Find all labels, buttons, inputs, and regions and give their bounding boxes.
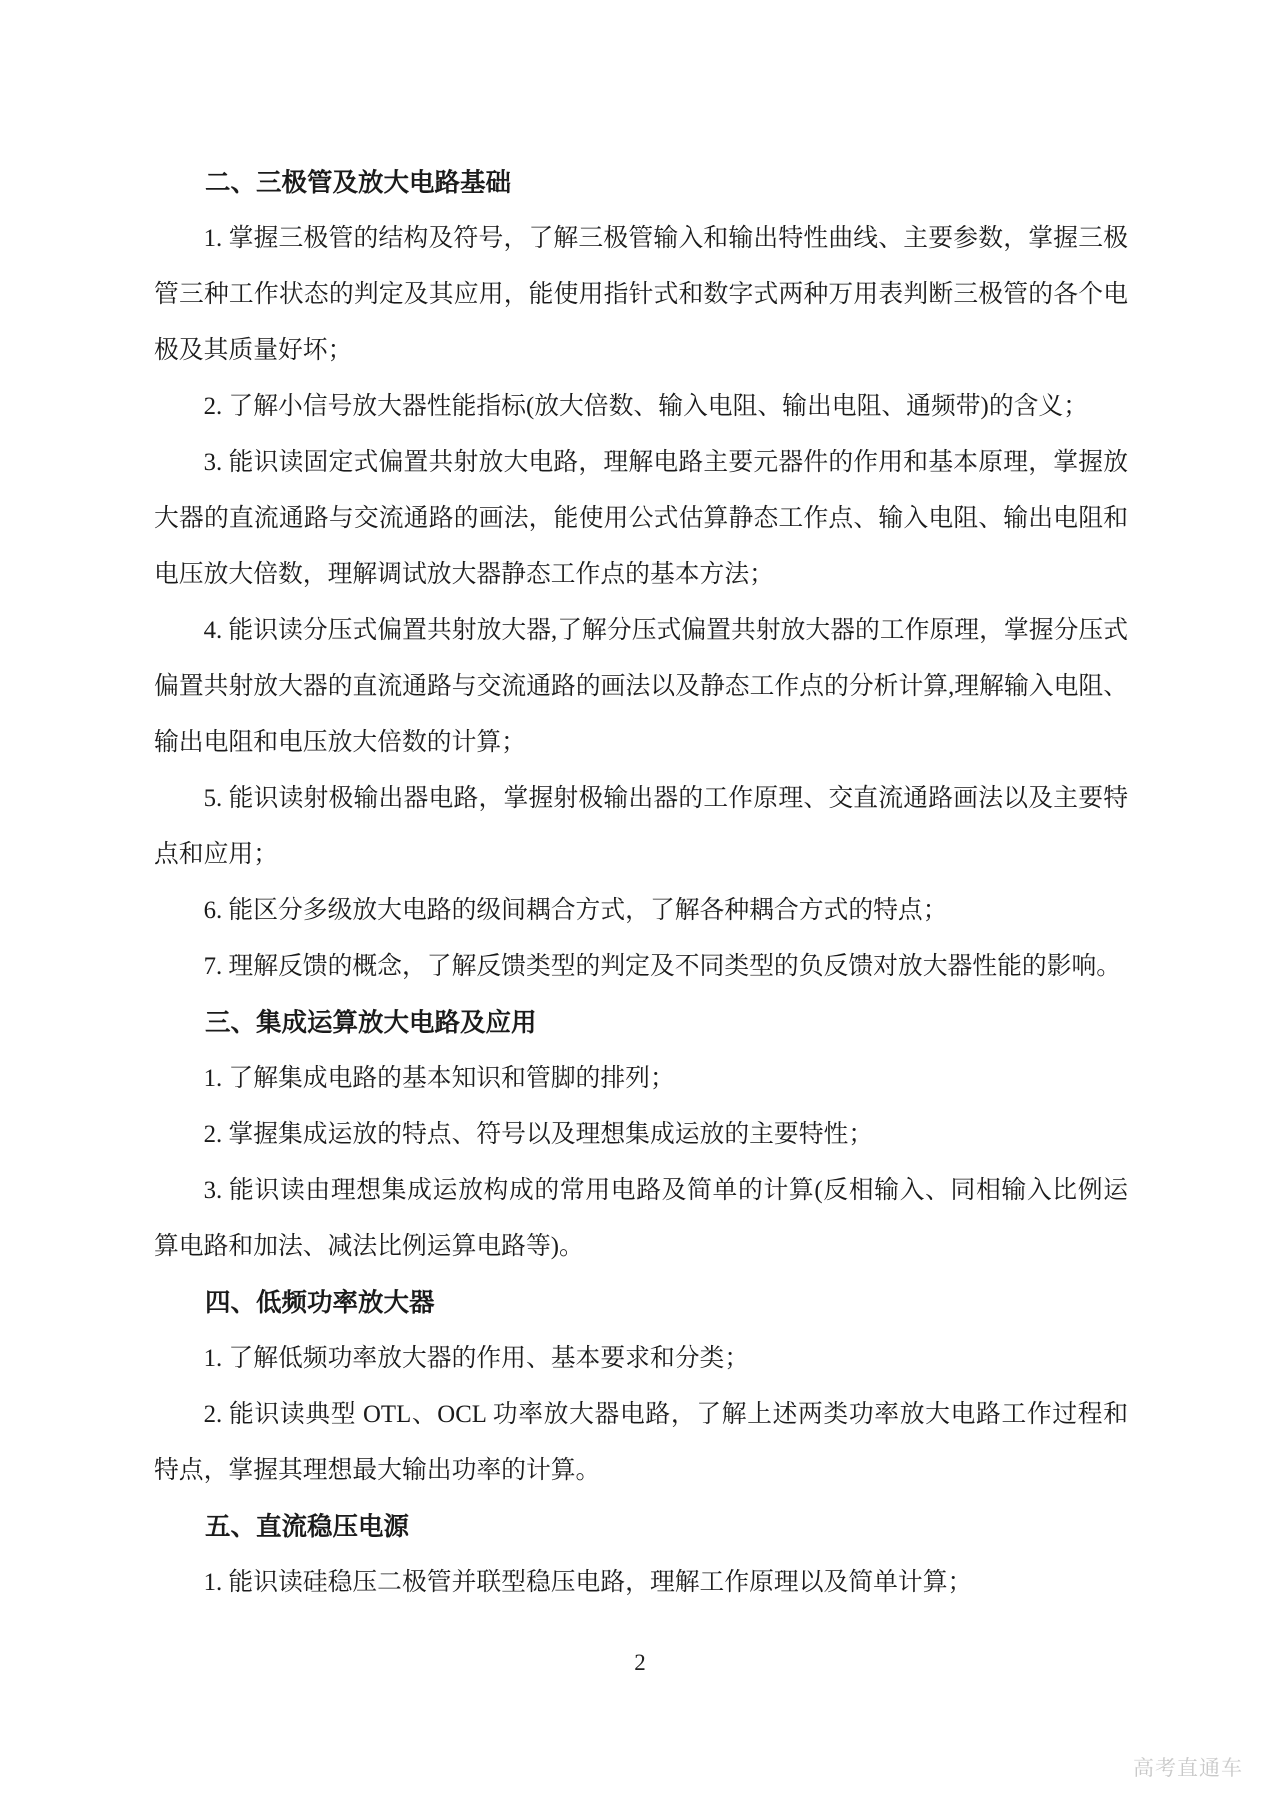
section-item: 1. 了解集成电路的基本知识和管脚的排列； [154, 1051, 1128, 1107]
section-item: 5. 能识读射极输出器电路，掌握射极输出器的工作原理、交直流通路画法以及主要特点… [154, 771, 1128, 883]
document-page: 二、三极管及放大电路基础1. 掌握三极管的结构及符号，了解三极管输入和输出特性曲… [0, 0, 1280, 1810]
section-item: 1. 能识读硅稳压二极管并联型稳压电路，理解工作原理以及简单计算； [154, 1555, 1128, 1611]
section-item: 2. 能识读典型 OTL、OCL 功率放大器电路，了解上述两类功率放大电路工作过… [154, 1387, 1128, 1499]
section-item: 3. 能识读由理想集成运放构成的常用电路及简单的计算(反相输入、同相输入比例运算… [154, 1163, 1128, 1275]
watermark-text: 高考直通车 [1133, 1752, 1243, 1782]
section-item: 1. 了解低频功率放大器的作用、基本要求和分类； [154, 1331, 1128, 1387]
section-item: 1. 掌握三极管的结构及符号，了解三极管输入和输出特性曲线、主要参数，掌握三极管… [154, 211, 1128, 379]
section-heading: 五、直流稳压电源 [154, 1499, 1128, 1555]
page-number: 2 [0, 1650, 1280, 1676]
section-heading: 二、三极管及放大电路基础 [154, 155, 1128, 211]
section-item: 2. 了解小信号放大器性能指标(放大倍数、输入电阻、输出电阻、通频带)的含义； [154, 379, 1128, 435]
section-item: 2. 掌握集成运放的特点、符号以及理想集成运放的主要特性； [154, 1107, 1128, 1163]
section-item: 6. 能区分多级放大电路的级间耦合方式，了解各种耦合方式的特点； [154, 883, 1128, 939]
section-heading: 四、低频功率放大器 [154, 1275, 1128, 1331]
document-body: 二、三极管及放大电路基础1. 掌握三极管的结构及符号，了解三极管输入和输出特性曲… [154, 155, 1128, 1611]
section-item: 7. 理解反馈的概念，了解反馈类型的判定及不同类型的负反馈对放大器性能的影响。 [154, 939, 1128, 995]
section-item: 3. 能识读固定式偏置共射放大电路，理解电路主要元器件的作用和基本原理，掌握放大… [154, 435, 1128, 603]
section-item: 4. 能识读分压式偏置共射放大器,了解分压式偏置共射放大器的工作原理，掌握分压式… [154, 603, 1128, 771]
section-heading: 三、集成运算放大电路及应用 [154, 995, 1128, 1051]
